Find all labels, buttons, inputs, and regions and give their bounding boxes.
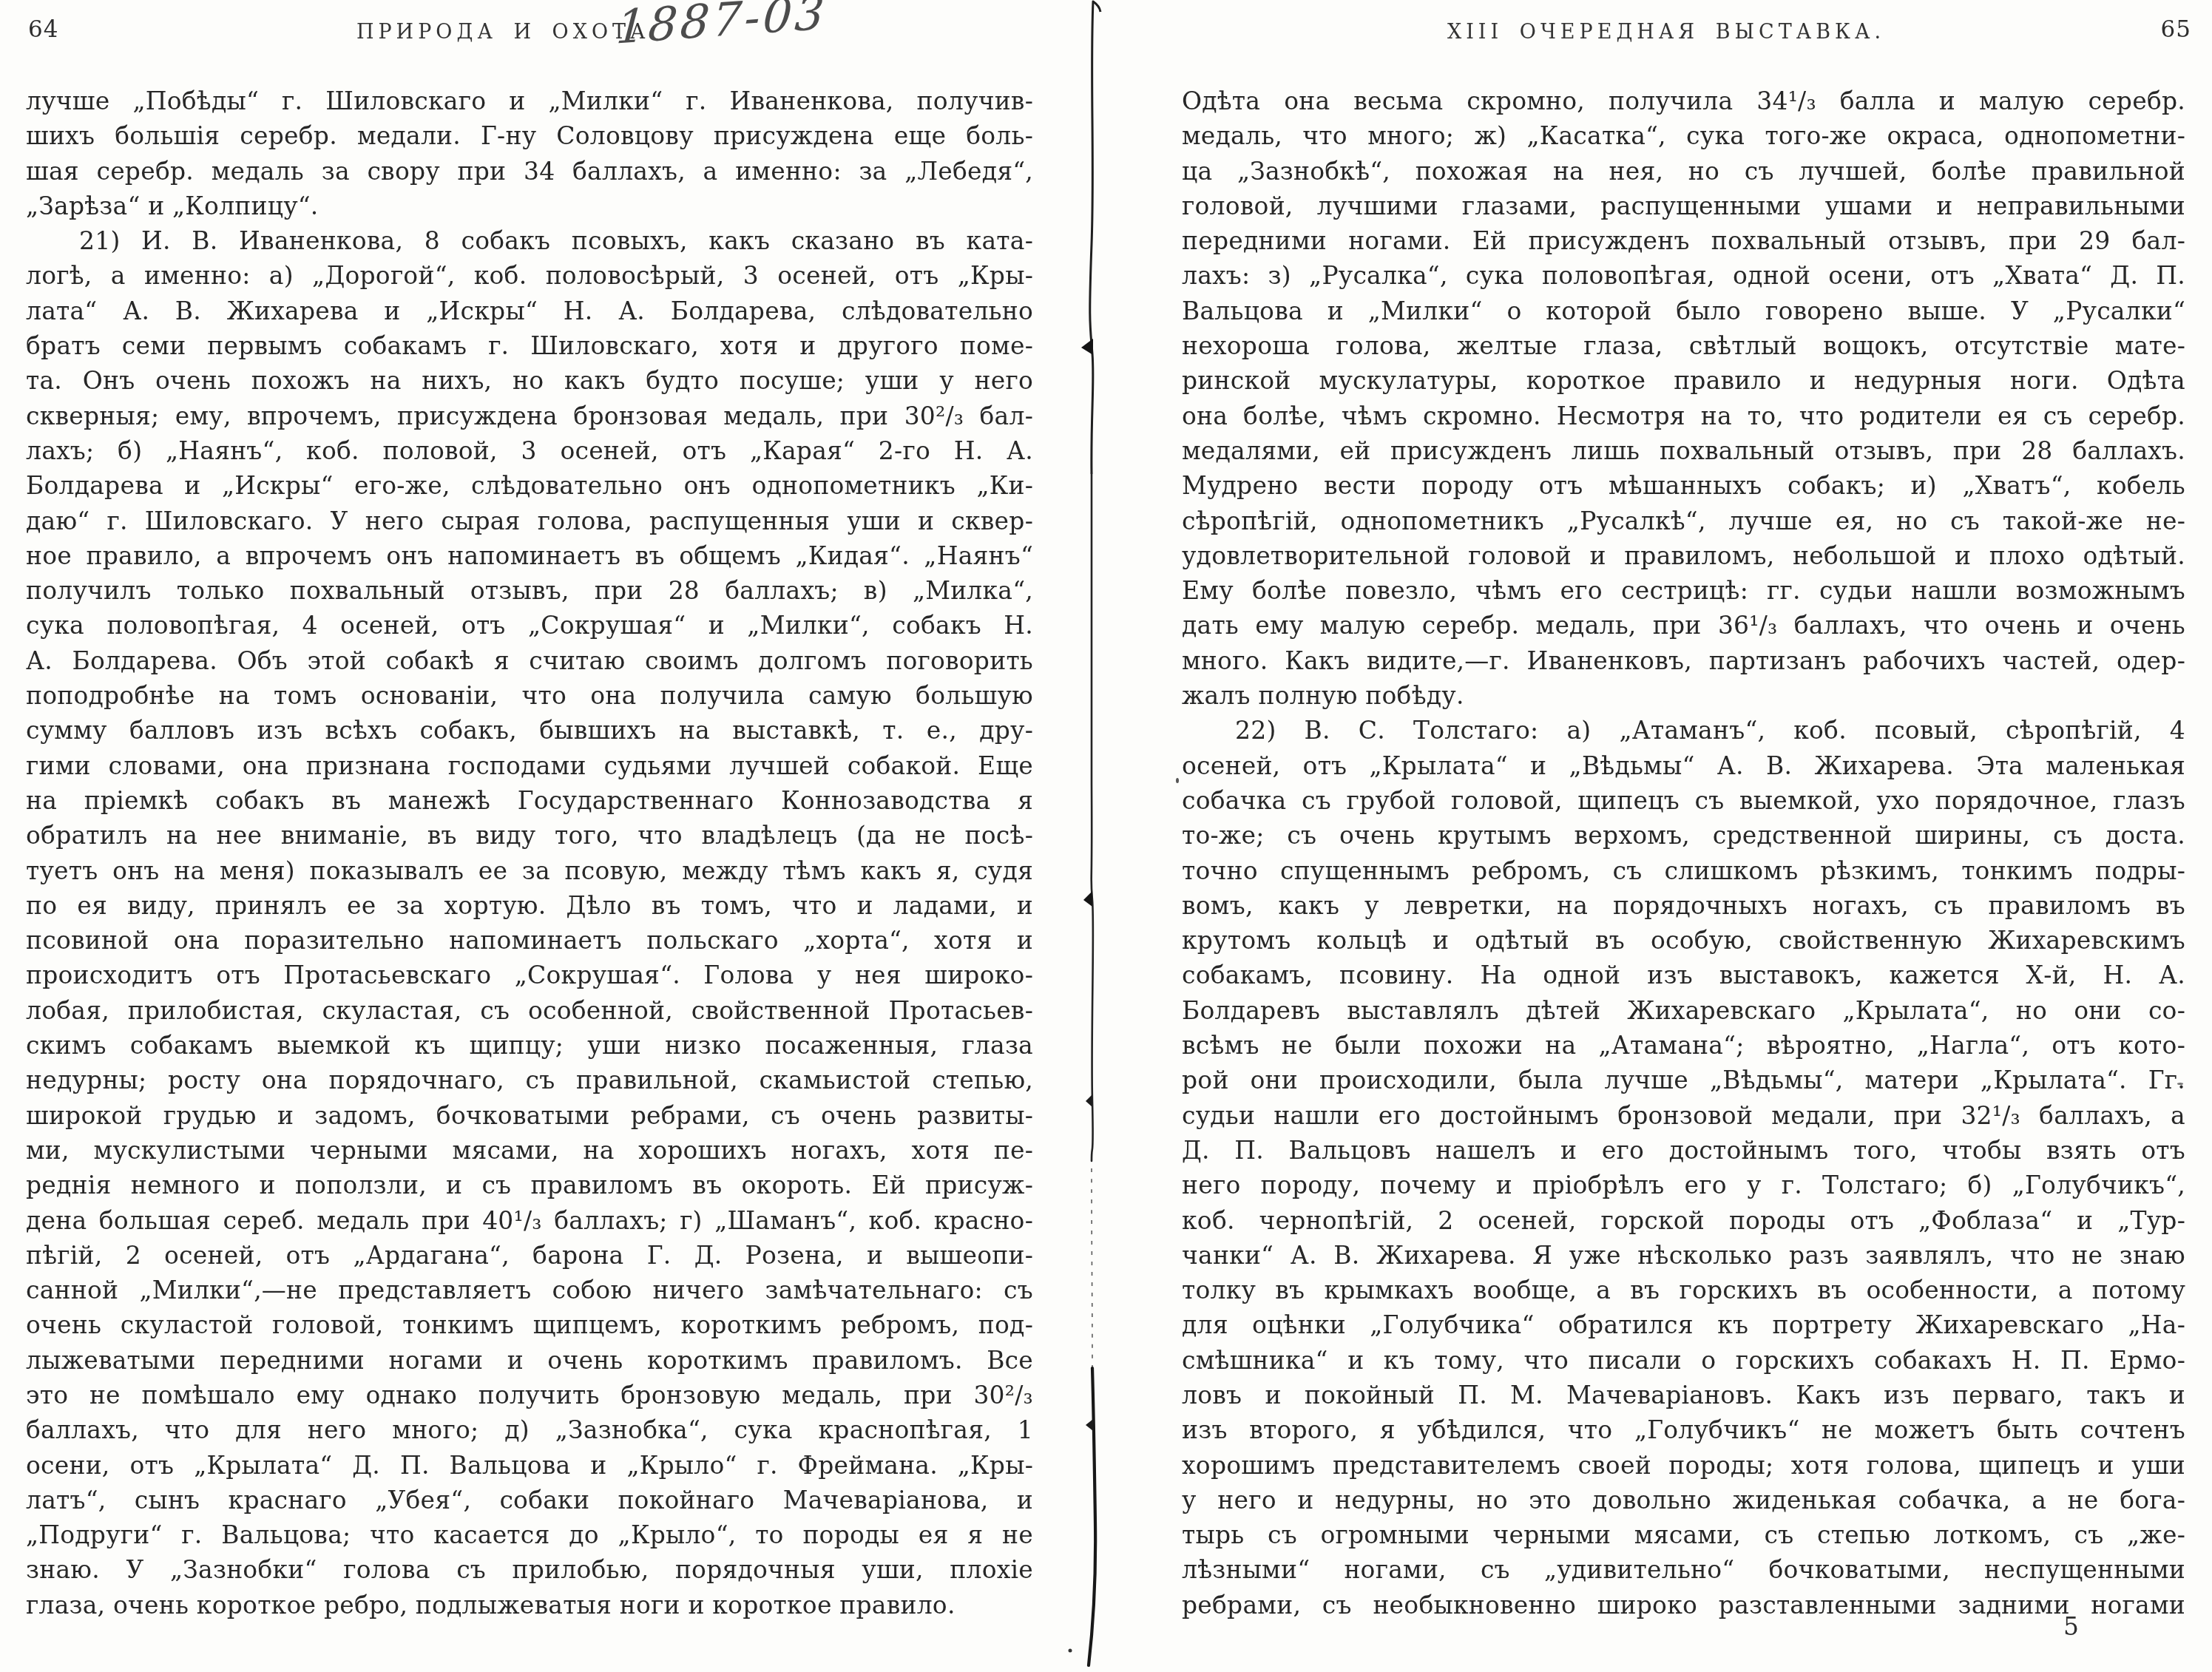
text-line: сумму балловъ изъ всѣхъ собакъ, бывшихъ … (26, 713, 1033, 748)
text-line: получилъ только похвальный отзывъ, при 2… (26, 573, 1033, 608)
page-right: 65 XIII ОЧЕРЕДНАЯ ВЫСТАВКА. Одѣта она ве… (1106, 0, 2212, 1672)
text-line: недурны; росту она порядочнаго, съ прави… (26, 1063, 1033, 1097)
text-line: „Подруги“ г. Вальцова; что касается до „… (26, 1517, 1033, 1552)
text-line: братъ семи первымъ собакамъ г. Шиловскаг… (26, 328, 1033, 363)
text-line: глаза, очень короткое ребро, подлыжеваты… (26, 1588, 1033, 1622)
text-line: ловъ и покойный П. М. Мачеваріановъ. Как… (1182, 1378, 2185, 1412)
text-line: Болдарева и „Искры“ его-же, слѣдовательн… (26, 468, 1033, 503)
text-line: обратилъ на нее вниманіе, въ виду того, … (26, 818, 1033, 853)
text-line: медаль, что много; ж) „Касатка“, сука то… (1182, 118, 2185, 153)
text-line: баллахъ, что для него много; д) „Зазнобк… (26, 1412, 1033, 1447)
text-line: гими словами, она признана господами суд… (26, 748, 1033, 783)
text-line: передними ногами. Ей присужденъ похвальн… (1182, 223, 2185, 258)
text-line: жалъ полную побѣду. (1182, 678, 2185, 713)
text-line: лата“ А. В. Жихарева и „Искры“ Н. А. Бол… (26, 294, 1033, 328)
text-line: скимъ собакамъ выемкой къ щипцу; уши низ… (26, 1028, 1033, 1063)
text-line: осеней, отъ „Крылата“ и „Вѣдьмы“ А. В. Ж… (1182, 748, 2185, 783)
text-line: А. Болдарева. Объ этой собакѣ я считаю с… (26, 643, 1033, 678)
scan-speck (1176, 778, 1179, 783)
text-line: по ея виду, принялъ ее за хортую. Дѣло в… (26, 888, 1033, 923)
text-line: изъ второго, я убѣдился, что „Голубчикъ“… (1182, 1412, 2185, 1447)
text-line: она болѣе, чѣмъ скромно. Несмотря на то,… (1182, 399, 2185, 433)
text-line: знаю. У „Зазнобки“ голова съ прилобью, п… (26, 1552, 1033, 1587)
text-line: лахъ; б) „Наянъ“, коб. половой, 3 осеней… (26, 433, 1033, 468)
text-line: шихъ большія серебр. медали. Г-ну Соловц… (26, 118, 1033, 153)
text-line: дена большая сереб. медаль при 40¹/₃ бал… (26, 1203, 1033, 1238)
text-line: Ему болѣе повезло, чѣмъ его сестрицѣ: гг… (1182, 573, 2185, 608)
text-line: лучше „Побѣды“ г. Шиловскаго и „Милки“ г… (26, 84, 1033, 118)
text-line: крутомъ кольцѣ и одѣтый въ особую, свойс… (1182, 923, 2185, 958)
signature-mark: 5 (2063, 1612, 2079, 1641)
text-line: Вальцова и „Милки“ о которой было говоре… (1182, 294, 2185, 328)
text-line: у него и недурны, но это довольно жидень… (1182, 1483, 2185, 1517)
text-line: сука половопѣгая, 4 осеней, отъ „Сокруша… (26, 608, 1033, 643)
text-line: сѣропѣгій, однопометникъ „Русалкѣ“, лучш… (1182, 504, 2185, 538)
text-line: собакамъ, псовину. На одной изъ выставок… (1182, 958, 2185, 992)
text-line: псовиной она поразительно напоминаетъ по… (26, 923, 1033, 958)
text-line: Мудрено вести породу отъ мѣшанныхъ собак… (1182, 468, 2185, 503)
text-line: дать ему малую серебр. медаль, при 36¹/₃… (1182, 608, 2185, 643)
text-line: реднія немного и поползли, и съ правилом… (26, 1168, 1033, 1202)
text-line: происходитъ отъ Протасьевскаго „Сокрушая… (26, 958, 1033, 992)
text-line: судьи нашли его достойнымъ бронзовой мед… (1182, 1098, 2185, 1133)
text-line: него породу, почему и пріобрѣлъ его у г.… (1182, 1168, 2185, 1202)
book-scan-spread: 64 ПРИРОДА И ОХОТА. 1887-03 лучше „Побѣд… (0, 0, 2212, 1672)
text-line: ринской мускулатуры, короткое правило и … (1182, 363, 2185, 398)
text-line: ми, мускулистыми черными мясами, на хоро… (26, 1133, 1033, 1168)
scan-speck (2177, 1083, 2183, 1085)
text-line: коб. чернопѣгій, 2 осеней, горской пород… (1182, 1203, 2185, 1238)
text-line: лыжеватыми передними ногами и очень коро… (26, 1343, 1033, 1378)
text-line: много. Какъ видите,—г. Иваненковъ, парти… (1182, 643, 2185, 678)
text-line: скверныя; ему, впрочемъ, присуждена брон… (26, 399, 1033, 433)
text-line: „Зарѣза“ и „Колпицу“. (26, 189, 1033, 223)
text-line: толку въ крымкахъ вообще, а въ горскихъ … (1182, 1273, 2185, 1307)
text-line: это не помѣшало ему однако получить брон… (26, 1378, 1033, 1412)
text-line: то-же; съ очень крутымъ верхомъ, средств… (1182, 818, 2185, 853)
text-line: та. Онъ очень похожъ на нихъ, но какъ бу… (26, 363, 1033, 398)
text-line: ребрами, съ необыкновенно широко разстав… (1182, 1588, 2185, 1622)
text-line: 22) В. С. Толстаго: а) „Атаманъ“, коб. п… (1182, 713, 2185, 748)
page-left: 64 ПРИРОДА И ОХОТА. 1887-03 лучше „Побѣд… (0, 0, 1106, 1672)
text-line: собачка съ грубой головой, щипецъ съ вые… (1182, 783, 2185, 818)
text-line: туетъ онъ на меня) показывалъ ее за псов… (26, 853, 1033, 888)
text-line: тырь съ огромными черными мясами, съ сте… (1182, 1517, 2185, 1552)
text-line: Болдаревъ выставлялъ дѣтей Жихаревскаго … (1182, 993, 2185, 1028)
text-line: лахъ: з) „Русалка“, сука половопѣгая, од… (1182, 258, 2185, 293)
binding-gutter-line (1058, 0, 1117, 1672)
text-column-right: Одѣта она весьма скромно, получила 34¹/₃… (1182, 84, 2185, 1622)
text-line: латъ“, сынъ краснаго „Убея“, собаки поко… (26, 1483, 1033, 1517)
text-line: всѣмъ не были похожи на „Атамана“; вѣроя… (1182, 1028, 2185, 1063)
text-line: лѣзными“ ногами, съ „удивительно“ бочков… (1182, 1552, 2185, 1587)
text-line: Д. П. Вальцовъ нашелъ и его достойнымъ т… (1182, 1133, 2185, 1168)
text-line: Одѣта она весьма скромно, получила 34¹/₃… (1182, 84, 2185, 118)
text-line: 21) И. В. Иваненкова, 8 собакъ псовыхъ, … (26, 223, 1033, 258)
text-line: головой, лучшими глазами, распущенными у… (1182, 189, 2185, 223)
text-line: очень скуластой головой, тонкимъ щипцемъ… (26, 1307, 1033, 1342)
text-line: лобая, прилобистая, скуластая, съ особен… (26, 993, 1033, 1028)
text-line: нехороша голова, желтые глаза, свѣтлый в… (1182, 328, 2185, 363)
text-line: даю“ г. Шиловскаго. У него сырая голова,… (26, 504, 1033, 538)
text-line: осени, отъ „Крылата“ Д. П. Вальцова и „К… (26, 1448, 1033, 1483)
text-line: широкой грудью и задомъ, бочковатыми реб… (26, 1098, 1033, 1133)
handwritten-date-note: 1887-03 (615, 0, 829, 55)
text-line: шая серебр. медаль за свору при 34 балла… (26, 154, 1033, 189)
text-line: медалями, ей присужденъ лишь похвальный … (1182, 433, 2185, 468)
text-line: хорошимъ представителемъ своей породы; х… (1182, 1448, 2185, 1483)
text-line: логѣ, а именно: а) „Дорогой“, коб. полов… (26, 258, 1033, 293)
text-line: вомъ, какъ у левретки, на порядочныхъ но… (1182, 888, 2185, 923)
text-line: рой они происходили, была лучше „Вѣдьмы“… (1182, 1063, 2185, 1097)
text-line: ца „Зазнобкѣ“, похожая на нея, но съ луч… (1182, 154, 2185, 189)
text-line: для оцѣнки „Голубчика“ обратился къ порт… (1182, 1307, 2185, 1342)
text-line: пѣгій, 2 осеней, отъ „Ардагана“, барона … (26, 1238, 1033, 1273)
text-line: чанки“ А. В. Жихарева. Я уже нѣсколько р… (1182, 1238, 2185, 1273)
running-header-right: XIII ОЧЕРЕДНАЯ ВЫСТАВКА. (1113, 21, 2212, 44)
text-column-left: лучше „Побѣды“ г. Шиловскаго и „Милки“ г… (26, 84, 1033, 1622)
text-line: удовлетворительной головой и правиломъ, … (1182, 538, 2185, 573)
text-line: поподробнѣе на томъ основаніи, что она п… (26, 678, 1033, 713)
text-line: смѣшника“ и къ тому, что писали о горски… (1182, 1343, 2185, 1378)
text-line: санной „Милки“,—не представляетъ собою н… (26, 1273, 1033, 1307)
text-line: на пріемкѣ собакъ въ манежѣ Государствен… (26, 783, 1033, 818)
running-header-left: ПРИРОДА И ОХОТА. (0, 21, 1061, 44)
text-line: ное правило, а впрочемъ онъ напоминаетъ … (26, 538, 1033, 573)
text-line: точно спущеннымъ ребромъ, съ слишкомъ рѣ… (1182, 853, 2185, 888)
